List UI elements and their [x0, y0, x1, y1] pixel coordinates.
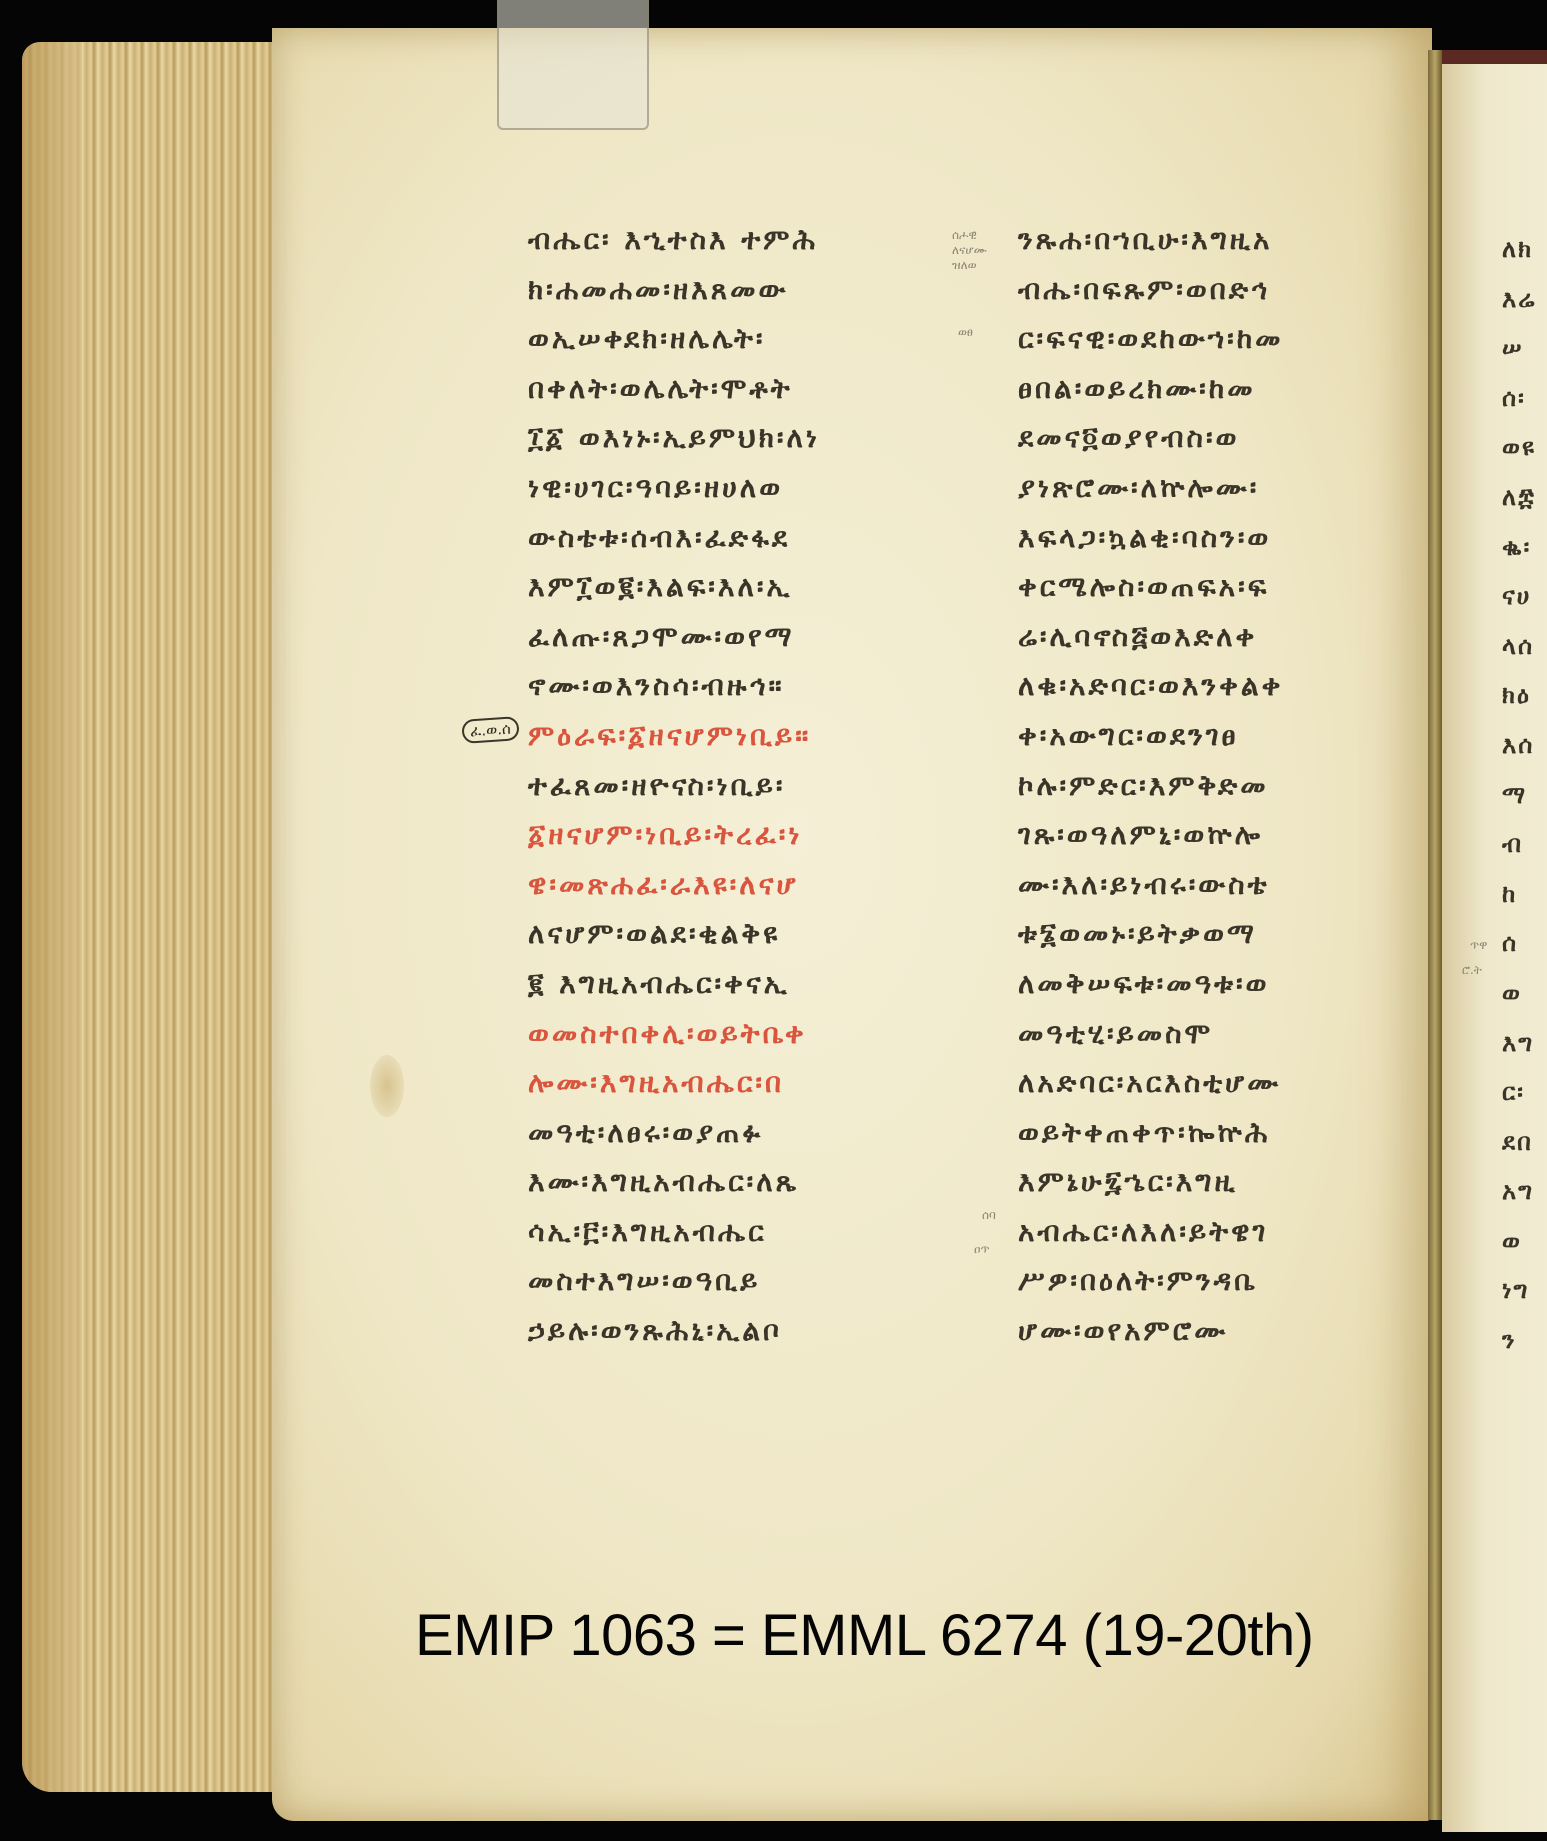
text-line: አብሔር፡ለእለ፡ይትዌገ	[1018, 1207, 1428, 1257]
text-line: ቈ፡	[1502, 523, 1547, 573]
text-line: ውስቴቱ፡ሰብእ፡ፈድፋደ	[528, 513, 978, 563]
text-line: ዌ፡መጽሐፈ፡ራእዩ፡ለናሆ	[528, 860, 978, 910]
text-line: ሙ፡እለ፡ይነብሩ፡ውስቴ	[1018, 860, 1428, 910]
text-line: መዓቲሂ፡ይመስሞ	[1018, 1009, 1428, 1059]
text-line: እሙ፡እግዚአብሔር፡ለጼ	[528, 1157, 978, 1207]
text-line: ሬ፡ሊባኖስ፭ወእድለቀ	[1018, 612, 1428, 662]
text-line: ሠ	[1502, 324, 1547, 374]
text-line: አግ	[1502, 1167, 1547, 1217]
text-line: እግ	[1502, 1019, 1547, 1069]
circled-margin-note: ፈ.ወ.ሰ	[461, 716, 519, 744]
text-line: ፲፩ ወእነኑ፡ኢይምህክ፡ለነ	[528, 413, 978, 463]
text-line: ለቁ፡አድባር፡ወእንቀልቀ	[1018, 661, 1428, 711]
margin-note-line: ለናሆሙ	[952, 243, 987, 258]
text-line: ለክ	[1502, 225, 1547, 275]
text-line: ወ	[1502, 1217, 1547, 1267]
text-line: ን	[1502, 1316, 1547, 1366]
text-line: ላሰ	[1502, 622, 1547, 672]
text-line: ሥዎ፡በዕለት፡ምንዳቤ	[1018, 1256, 1428, 1306]
margin-note-right-2: ሮ.ት	[1462, 963, 1482, 978]
text-line: ብሔ፡በፍጹም፡ወበድኅ	[1018, 265, 1428, 315]
text-line: ለመቅሠፍቱ፡መዓቱ፡ወ	[1018, 959, 1428, 1009]
text-line: ገጹ፡ወዓለምኒ፡ወኵሎ	[1018, 810, 1428, 860]
text-line: እሬ	[1502, 275, 1547, 325]
text-line: ፀበል፡ወይረክሙ፡ከመ	[1018, 364, 1428, 414]
text-line: ኖሙ፡ወእንስሳ፡ብዙኅ።	[528, 661, 978, 711]
facing-page-text: ለክእሬሠሰ፡ወዩለ፰ቈ፡ናሀላሰክዕእሰማብከሰወእግር፡ደበአግወነግን	[1502, 225, 1547, 1366]
page-edge-stack	[22, 42, 282, 1792]
text-line: ማ	[1502, 771, 1547, 821]
text-line: ሳኢ፡፫፡እግዚአብሔር	[528, 1207, 978, 1257]
margin-note-line: ሰሖዊ	[952, 228, 987, 243]
catalog-caption: EMIP 1063 = EMML 6274 (19-20th)	[415, 1602, 1314, 1669]
margin-note-bottom-2: ዐጥ	[974, 1242, 990, 1257]
margin-note-right-1: ጥዋ	[1470, 938, 1487, 953]
text-line: ለአድባር፡አርእስቲሆሙ	[1018, 1058, 1428, 1108]
text-line: ወኢሠቀደክ፡ዘሌሌት፡	[528, 314, 978, 364]
text-line: ደበ	[1502, 1118, 1547, 1168]
margin-note-top: ሰሖዊ ለናሆሙ ዝለወ	[952, 228, 987, 273]
right-text-column: ንጹሐ፡በኀቢሁ፡እግዚአብሔ፡በፍጹም፡ወበድኅር፡ፍናዊ፡ወደከውኀ፡ከመፀ…	[1018, 215, 1428, 1356]
text-line: በቀለት፡ወሌሌት፡ሞቶት	[528, 364, 978, 414]
text-line: ወ	[1502, 969, 1547, 1019]
text-line: ቱ፮ወመኑ፡ይትቃወማ	[1018, 909, 1428, 959]
margin-note-bottom-1: ሰባ	[982, 1208, 996, 1223]
text-line: ደመና፬ወያየብስ፡ወ	[1018, 413, 1428, 463]
text-line: መዓቲ፡ለፀሩ፡ወያጠፉ	[528, 1108, 978, 1158]
text-line: እምኔሁ፯ኄር፡እግዚ	[1018, 1157, 1428, 1207]
binding-gutter	[1428, 50, 1442, 1820]
text-line: ብሔር፡ እኂተስእ ተምሕ	[528, 215, 978, 265]
left-text-column: ብሔር፡ እኂተስእ ተምሕክ፡ሐመሐመ፡ዘእጸመውወኢሠቀደክ፡ዘሌሌት፡በቀ…	[528, 215, 978, 1356]
text-line: ኃይሉ፡ወንጹሕኒ፡ኢልቦ	[528, 1306, 978, 1356]
transparent-tab	[497, 0, 649, 130]
text-line: ከ	[1502, 870, 1547, 920]
text-line: ፩ዘናሆም፡ነቢይ፡ትረፈ፡ነ	[528, 810, 978, 860]
text-line: ፈለጡ፡ጸጋሞሙ፡ወየማ	[528, 612, 978, 662]
text-line: ሆሙ፡ወየአምሮሙ	[1018, 1306, 1428, 1356]
text-line: ለ፰	[1502, 473, 1547, 523]
text-line: ነግ	[1502, 1266, 1547, 1316]
margin-note-side: ወፀ	[958, 325, 973, 340]
text-line: ሰ	[1502, 919, 1547, 969]
text-line: ወዩ	[1502, 423, 1547, 473]
text-line: ፪ እግዚአብሔር፡ቀናኢ	[528, 959, 978, 1009]
text-line: ለናሆም፡ወልደ፡ቂልቅዩ	[528, 909, 978, 959]
text-line: ር፡ፍናዊ፡ወደከውኀ፡ከመ	[1018, 314, 1428, 364]
margin-note-line: ዝለወ	[952, 258, 987, 273]
text-line: ናሀ	[1502, 572, 1547, 622]
text-line: ኮሉ፡ምድር፡እምቅድመ	[1018, 761, 1428, 811]
text-line: ወመስተበቀሊ፡ወይትቤቀ	[528, 1009, 978, 1059]
text-line: ክዕ	[1502, 671, 1547, 721]
text-line: ቀ፡አውግር፡ወደንገፀ	[1018, 711, 1428, 761]
text-line: ብ	[1502, 820, 1547, 870]
text-line: ምዕራፍ፡፩ዘናሆምነቢይ።	[528, 711, 978, 761]
text-line: ነዊ፡ሀገር፡ዓባይ፡ዘሀለወ	[528, 463, 978, 513]
text-line: ሰ፡	[1502, 374, 1547, 424]
text-line: ሎሙ፡እግዚአብሔር፡በ	[528, 1058, 978, 1108]
cover-edge	[1442, 50, 1547, 64]
text-line: እፍላጋ፡ኳልቂ፡ባስን፡ወ	[1018, 513, 1428, 563]
text-line: ንጹሐ፡በኀቢሁ፡እግዚአ	[1018, 215, 1428, 265]
text-line: ወይትቀጠቀጥ፡ኰኵሕ	[1018, 1108, 1428, 1158]
text-line: መስተእግሠ፡ወዓቢይ	[528, 1256, 978, 1306]
text-line: ር፡	[1502, 1068, 1547, 1118]
text-line: ክ፡ሐመሐመ፡ዘእጸመው	[528, 265, 978, 315]
text-line: እሰ	[1502, 721, 1547, 771]
text-line: ቀርሜሎስ፡ወጠፍአ፡ፍ	[1018, 562, 1428, 612]
text-line: እም፲ወ፪፡እልፍ፡እለ፡ኢ	[528, 562, 978, 612]
text-line: ተፈጸመ፡ዘዮናስ፡ነቢይ፡	[528, 761, 978, 811]
text-line: ያነጽሮሙ፡ለኵሎሙ፡	[1018, 463, 1428, 513]
stain-mark	[370, 1055, 404, 1117]
